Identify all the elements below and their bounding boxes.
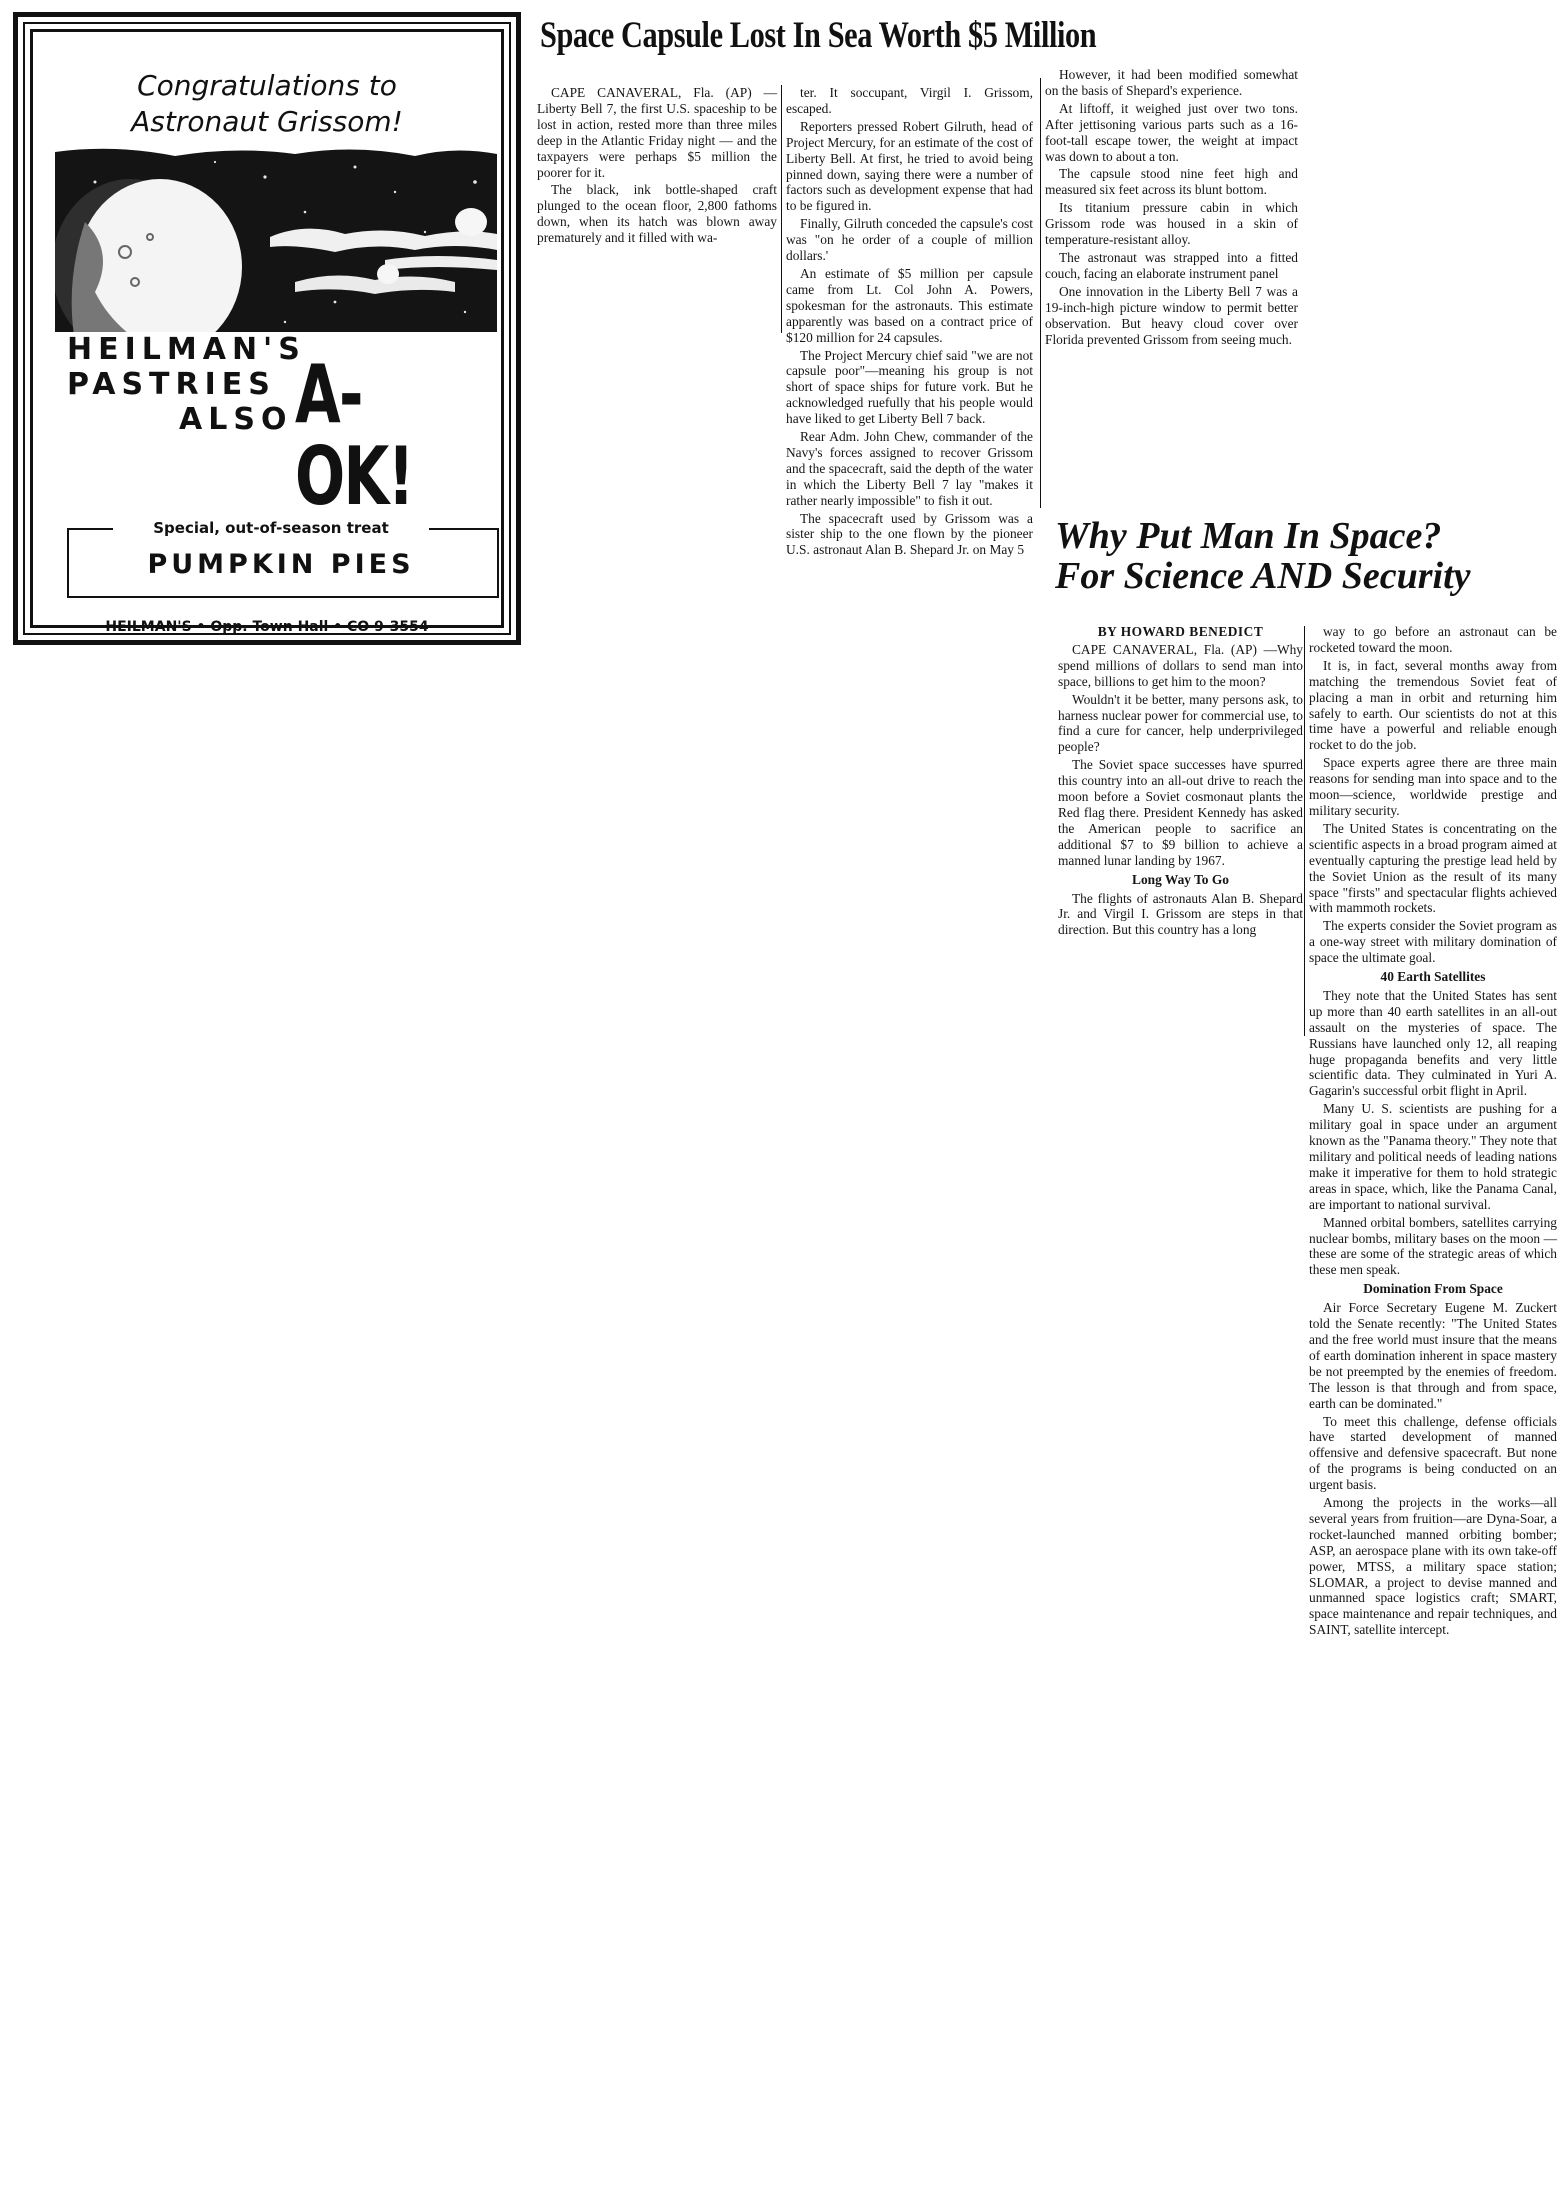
article-paragraph: Reporters pressed Robert Gilruth, head o… <box>786 119 1033 214</box>
article-paragraph: Wouldn't it be better, many persons ask,… <box>1058 692 1303 756</box>
article-paragraph: They note that the United States has sen… <box>1309 988 1557 1099</box>
column-divider <box>1304 626 1305 1036</box>
moon-planets-illustration <box>55 142 497 332</box>
article-paragraph: CAPE CANAVERAL, Fla. (AP) —Liberty Bell … <box>537 85 777 180</box>
article2-subhead-satellites: 40 Earth Satellites <box>1309 969 1557 985</box>
article2-column-1: BY HOWARD BENEDICT CAPE CANAVERAL, Fla. … <box>1058 624 1303 938</box>
article2-subhead-long-way: Long Way To Go <box>1058 872 1303 888</box>
article-paragraph: Space experts agree there are three main… <box>1309 755 1557 819</box>
ad-footer-contact: HEILMAN'S • Opp. Town Hall • CO 9-3554 <box>33 618 501 636</box>
ad-slogan: A-OK! <box>295 354 464 518</box>
article-paragraph: Air Force Secretary Eugene M. Zuckert to… <box>1309 1300 1557 1411</box>
article-paragraph: The astronaut was strapped into a fitted… <box>1045 250 1298 282</box>
article-paragraph: The United States is concentrating on th… <box>1309 821 1557 916</box>
article-paragraph: The capsule stood nine feet high and mea… <box>1045 166 1298 198</box>
article-paragraph: The Project Mercury chief said "we are n… <box>786 348 1033 428</box>
ad-border-inner: Congratulations to Astronaut Grissom! <box>30 29 504 628</box>
article2-headline-line-1: Why Put Man In Space? <box>1055 516 1471 556</box>
article-paragraph: The experts consider the Soviet program … <box>1309 918 1557 966</box>
ad-border-middle: Congratulations to Astronaut Grissom! <box>23 22 511 635</box>
article2-byline: BY HOWARD BENEDICT <box>1058 624 1303 640</box>
article-paragraph: The flights of astronauts Alan B. Shepar… <box>1058 891 1303 939</box>
moon-illustration-icon <box>55 142 497 332</box>
article-paragraph: At liftoff, it weighed just over two ton… <box>1045 101 1298 165</box>
article-paragraph: Manned orbital bombers, satellites carry… <box>1309 1215 1557 1279</box>
ad-brand-line-2: PASTRIES <box>67 367 306 402</box>
ad-heading-line-2: Astronaut Grissom! <box>33 104 501 140</box>
ad-product-name: PUMPKIN PIES <box>67 550 495 580</box>
ad-brand-line-3: ALSO <box>67 402 306 437</box>
article-paragraph: Many U. S. scientists are pushing for a … <box>1309 1101 1557 1212</box>
article-paragraph: Its titanium pressure cabin in which Gri… <box>1045 200 1298 248</box>
article1-column-3: However, it had been modified somewhat o… <box>1045 67 1298 347</box>
ad-brand-text: HEILMAN'S PASTRIES ALSO <box>67 332 306 437</box>
article-paragraph: Rear Adm. John Chew, commander of the Na… <box>786 429 1033 509</box>
article2-column-2: way to go before an astronaut can be roc… <box>1309 624 1557 1638</box>
article-paragraph: way to go before an astronaut can be roc… <box>1309 624 1557 656</box>
article-paragraph: One innovation in the Liberty Bell 7 was… <box>1045 284 1298 348</box>
article-paragraph: It is, in fact, several months away from… <box>1309 658 1557 753</box>
ad-special-label: Special, out-of-season treat <box>113 518 429 538</box>
article-paragraph: ter. It soccupant, Virgil I. Grissom, es… <box>786 85 1033 117</box>
article1-column-2: ter. It soccupant, Virgil I. Grissom, es… <box>786 85 1033 558</box>
ad-congratulations-heading: Congratulations to Astronaut Grissom! <box>33 68 501 140</box>
article-paragraph: The Soviet space successes have spurred … <box>1058 757 1303 868</box>
column-divider <box>1040 78 1041 508</box>
ad-brand-line-1: HEILMAN'S <box>67 332 306 367</box>
article2-headline: Why Put Man In Space? For Science AND Se… <box>1055 516 1471 596</box>
article2-subhead-domination: Domination From Space <box>1309 1281 1557 1297</box>
article-paragraph: To meet this challenge, defense official… <box>1309 1414 1557 1494</box>
heilmans-advertisement: Congratulations to Astronaut Grissom! <box>13 12 521 645</box>
article-paragraph: The black, ink bottle-shaped craft plung… <box>537 182 777 246</box>
article1-headline: Space Capsule Lost In Sea Worth $5 Milli… <box>540 14 1096 58</box>
article2-headline-line-2: For Science AND Security <box>1055 556 1471 596</box>
article-paragraph: An estimate of $5 million per capsule ca… <box>786 266 1033 346</box>
article-paragraph: Among the projects in the works—all seve… <box>1309 1495 1557 1638</box>
article-paragraph: Finally, Gilruth conceded the capsule's … <box>786 216 1033 264</box>
ad-heading-line-1: Congratulations to <box>33 68 501 104</box>
column-divider <box>781 85 782 333</box>
article-paragraph: CAPE CANAVERAL, Fla. (AP) —Why spend mil… <box>1058 642 1303 690</box>
article-paragraph: However, it had been modified somewhat o… <box>1045 67 1298 99</box>
article-paragraph: The spacecraft used by Grissom was a sis… <box>786 511 1033 559</box>
article1-column-1: CAPE CANAVERAL, Fla. (AP) —Liberty Bell … <box>537 85 777 246</box>
